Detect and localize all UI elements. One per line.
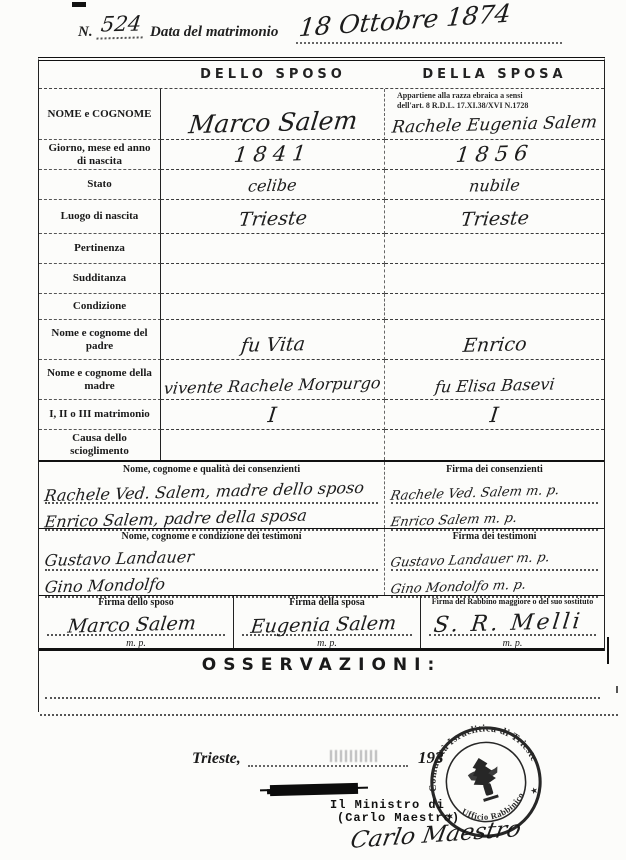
scan-artifact-mark (72, 2, 86, 7)
bride-mother-value: fu Elisa Basevi (433, 374, 555, 400)
bride-signature-cell: Firma della sposa Eugenia Salem m. p. (234, 596, 421, 648)
dotted-rule (296, 42, 562, 44)
bride-father-value: Enrico (461, 333, 527, 360)
table-row-madre: Nome e cognome della madre vivente Rache… (39, 360, 604, 400)
groom-mother-value: vivente Rachele Morpurgo (163, 373, 382, 402)
stamp-crest-emblem (464, 753, 506, 804)
table-row-nascita: Giorno, mese ed anno di nascita 1841 185… (39, 140, 604, 170)
record-number-label: N. (78, 24, 93, 41)
table-row-condizione: Condizione (39, 294, 604, 320)
race-stamp-line1: Appartiene alla razza ebraica a sensi (397, 91, 602, 101)
bride-marriage-number: I (489, 403, 500, 429)
place-line-city: Trieste, (192, 750, 241, 768)
consenting-parties-section: Nome, cognome e qualità dei consenzienti… (39, 460, 604, 528)
row-label: Stato (39, 170, 161, 200)
row-label: Condizione (39, 294, 161, 320)
marriage-date-value: 18 Ottobre 1874 (297, 0, 512, 42)
dotted-rule (248, 765, 408, 767)
groom-status-value: celibe (247, 175, 298, 199)
rabbi-signature: S. R. Melli (433, 609, 585, 638)
race-law-stamp: Appartiene alla razza ebraica a sensi de… (397, 91, 602, 111)
witness-signature-header: Firma dei testimoni (385, 529, 604, 544)
bride-signature-label: Firma della sposa (234, 596, 420, 608)
row-label: NOME e COGNOME (39, 89, 161, 140)
bride-status-value: nubile (468, 175, 521, 199)
table-row-causa-scioglimento: Causa dello scioglimento (39, 430, 604, 460)
record-number-value: 524 (96, 11, 145, 39)
consenting-signature-header: Firma dei consenzienti (385, 462, 604, 477)
groom-signature: Marco Salem (67, 612, 198, 637)
record-header: N. 524 Data del matrimonio 18 Ottobre 18… (78, 12, 618, 46)
table-row-matrimonio-ordine: I, II o III matrimonio I I (39, 400, 604, 430)
row-label: Nome e cognome del padre (39, 320, 161, 360)
groom-name-value: Marco Salem (186, 106, 358, 141)
consenting-signature: Rachele Ved. Salem m. p. (389, 483, 561, 505)
consenting-name: Rachele Ved. Salem, madre dello sposo (43, 478, 365, 506)
witness-name: Gino Mondolfo (44, 574, 166, 597)
table-row-stato: Stato celibe nubile (39, 170, 604, 200)
row-label: Luogo di nascita (39, 200, 161, 234)
groom-signature-cell: Firma dello sposo Marco Salem m. p. (39, 596, 234, 648)
table-row-nome-cognome: NOME e COGNOME Marco Salem Appartiene al… (39, 89, 604, 140)
groom-column-header: DELLO SPOSO (161, 61, 385, 88)
witness-names-header: Nome, cognome e condizione dei testimoni (39, 529, 384, 544)
groom-signature-label: Firma dello sposo (39, 596, 233, 608)
dotted-rule (45, 697, 600, 699)
bride-name-value: Rachele Eugenia Salem (391, 112, 599, 141)
row-label: Pertinenza (39, 234, 161, 264)
observations-section: OSSERVAZIONI: (38, 645, 604, 712)
table-row-padre: Nome e cognome del padre fu Vita Enrico (39, 320, 604, 360)
rabbi-signature-cell: Firma del Rabbino maggiore o del suo sos… (421, 596, 604, 648)
witness-name: Gustavo Landauer (44, 547, 195, 571)
redaction-bar (270, 783, 358, 796)
groom-birthplace-value: Trieste (237, 207, 308, 234)
row-label: Giorno, mese ed anno di nascita (39, 140, 161, 170)
signatures-row: Firma dello sposo Marco Salem m. p. Firm… (39, 595, 604, 651)
row-label: Sudditanza (39, 264, 161, 294)
groom-birth-year: 1841 (232, 141, 313, 170)
witness-signature: Gustavo Landauer m. p. (389, 550, 551, 572)
minister-title-line: Il Ministro di (330, 798, 445, 812)
witnesses-section: Nome, cognome e condizione dei testimoni… (39, 528, 604, 595)
row-label: Nome e cognome della madre (39, 360, 161, 400)
scan-edge-artifact (616, 686, 618, 693)
rabbi-signature-label: Firma del Rabbino maggiore o del suo sos… (421, 596, 604, 606)
star-icon: ★ (445, 810, 456, 822)
scan-edge-artifact (607, 637, 609, 664)
marriage-register-scan: N. 524 Data del matrimonio 18 Ottobre 18… (0, 0, 626, 860)
table-row-pertinenza: Pertinenza (39, 234, 604, 264)
marriage-form-table: DELLO SPOSO DELLA SPOSA NOME e COGNOME M… (38, 57, 605, 651)
marriage-date-label: Data del matrimonio (150, 24, 278, 41)
empty-header-cell (39, 61, 161, 88)
race-stamp-line2: dell'art. 8 R.D.L. 17.XI.38/XVI N.1728 (397, 101, 602, 111)
groom-father-value: fu Vita (239, 333, 306, 360)
bride-signature: Eugenia Salem (249, 612, 397, 638)
table-header-row: DELLO SPOSO DELLA SPOSA (39, 61, 604, 89)
row-label: I, II o III matrimonio (39, 400, 161, 430)
scan-smudge (330, 750, 378, 762)
bride-birthplace-value: Trieste (459, 207, 530, 234)
bride-birth-year: 1856 (454, 141, 535, 170)
table-row-luogo-nascita: Luogo di nascita Trieste Trieste (39, 200, 604, 234)
table-row-sudditanza: Sudditanza (39, 264, 604, 294)
observations-title: OSSERVAZIONI: (39, 645, 604, 675)
row-label: Causa dello scioglimento (39, 430, 161, 460)
consenting-names-header: Nome, cognome e qualità dei consenzienti (39, 462, 384, 477)
bride-column-header: DELLA SPOSA (385, 61, 604, 88)
dotted-rule (40, 714, 618, 716)
groom-marriage-number: I (267, 403, 278, 429)
